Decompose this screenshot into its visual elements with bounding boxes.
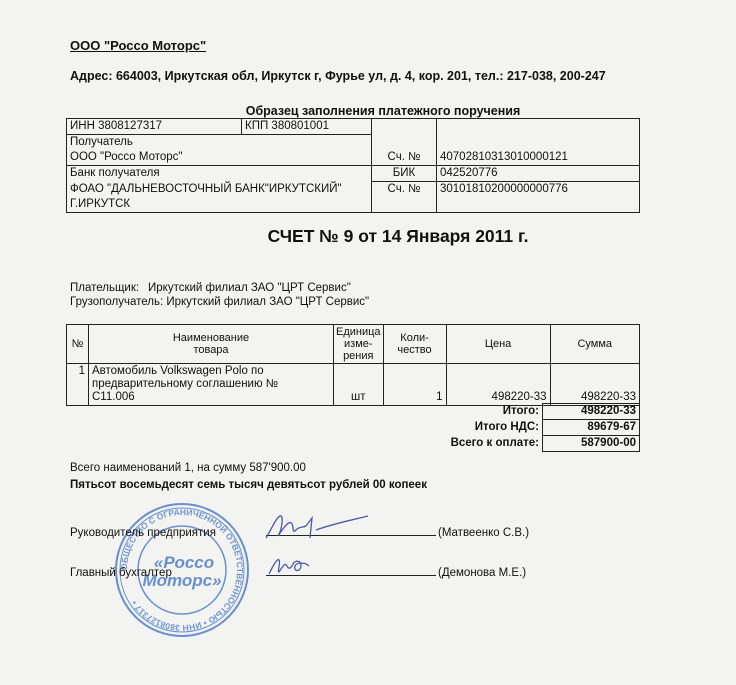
- company-address: Адрес: 664003, Иркутская обл, Иркутск г,…: [70, 69, 606, 83]
- col-sum: Сумма: [550, 325, 639, 364]
- director-signature-icon: [262, 510, 372, 544]
- row-sum: 498220-33: [550, 364, 639, 406]
- grand-total-value: 587900-00: [543, 436, 640, 452]
- items-count-summary: Всего наименований 1, на сумму 587'900.0…: [70, 462, 306, 474]
- director-label: Руководитель предприятия: [70, 527, 264, 539]
- payer-label: Плательщик:: [70, 281, 148, 295]
- company-name: ООО "Россо Моторс": [70, 38, 206, 53]
- col-num: №: [67, 325, 89, 364]
- corr-account: 30101810200000000776: [437, 182, 640, 198]
- invoice-title: СЧЕТ № 9 от 14 Января 2011 г.: [0, 226, 736, 247]
- recipient-label: Получатель: [67, 135, 372, 151]
- bank-name: ФОАО "ДАЛЬНЕВОСТОЧНЫЙ БАНК"ИРКУТСКИЙ": [67, 182, 372, 198]
- row-name: Автомобиль Volkswagen Polo попредварител…: [89, 364, 334, 406]
- director-name: (Матвеенко С.В.): [438, 527, 529, 539]
- account-label: Сч. №: [372, 150, 437, 166]
- row-num: 1: [67, 364, 89, 406]
- bank-label: Банк получателя: [67, 166, 372, 182]
- col-name: Наименованиетовара: [89, 325, 334, 364]
- recipient-name: ООО "Россо Моторс": [67, 150, 372, 166]
- amount-in-words: Пятьсот восемьдесят семь тысяч девятьсот…: [70, 479, 427, 491]
- bik-label: БИК: [372, 166, 437, 182]
- col-qty: Коли-чество: [383, 325, 446, 364]
- accountant-signature-icon: [265, 552, 325, 578]
- row-price: 498220-33: [446, 364, 550, 406]
- vat-label: Итого НДС:: [66, 420, 543, 436]
- bank-details-table: ИНН 3808127317 КПП 380801001 Получатель …: [66, 118, 640, 213]
- total-value: 498220-33: [543, 404, 640, 420]
- grand-total-label: Всего к оплате:: [66, 436, 543, 452]
- consignee-value: Иркутский филиал ЗАО "ЦРТ Сервис": [166, 296, 369, 308]
- kpp: КПП 380801001: [242, 119, 372, 135]
- consignee-label: Грузополучатель:: [70, 296, 163, 308]
- items-table: № Наименованиетовара Единицаизме-рения К…: [66, 324, 640, 406]
- corr-account-label: Сч. №: [372, 182, 437, 198]
- accountant-label: Главный бухгалтер: [70, 567, 264, 579]
- row-qty: 1: [383, 364, 446, 406]
- payer-block: Плательщик:Иркутский филиал ЗАО "ЦРТ Сер…: [70, 281, 369, 309]
- account-number: 40702810313010000121: [437, 150, 640, 166]
- payment-sample-title: Образец заполнения платежного поручения: [0, 104, 736, 118]
- col-unit: Единицаизме-рения: [334, 325, 384, 364]
- table-row: 1 Автомобиль Volkswagen Polo попредварит…: [67, 364, 640, 406]
- col-price: Цена: [446, 325, 550, 364]
- bik: 042520776: [437, 166, 640, 182]
- total-label: Итого:: [66, 404, 543, 420]
- row-unit: шт: [334, 364, 384, 406]
- totals-table: Итого:498220-33 Итого НДС:89679-67 Всего…: [66, 403, 640, 452]
- accountant-name: (Демонова М.Е.): [438, 567, 526, 579]
- vat-value: 89679-67: [543, 420, 640, 436]
- payer-value: Иркутский филиал ЗАО "ЦРТ Сервис": [148, 282, 351, 294]
- inn: ИНН 3808127317: [67, 119, 242, 135]
- bank-city: Г.ИРКУТСК: [67, 197, 372, 213]
